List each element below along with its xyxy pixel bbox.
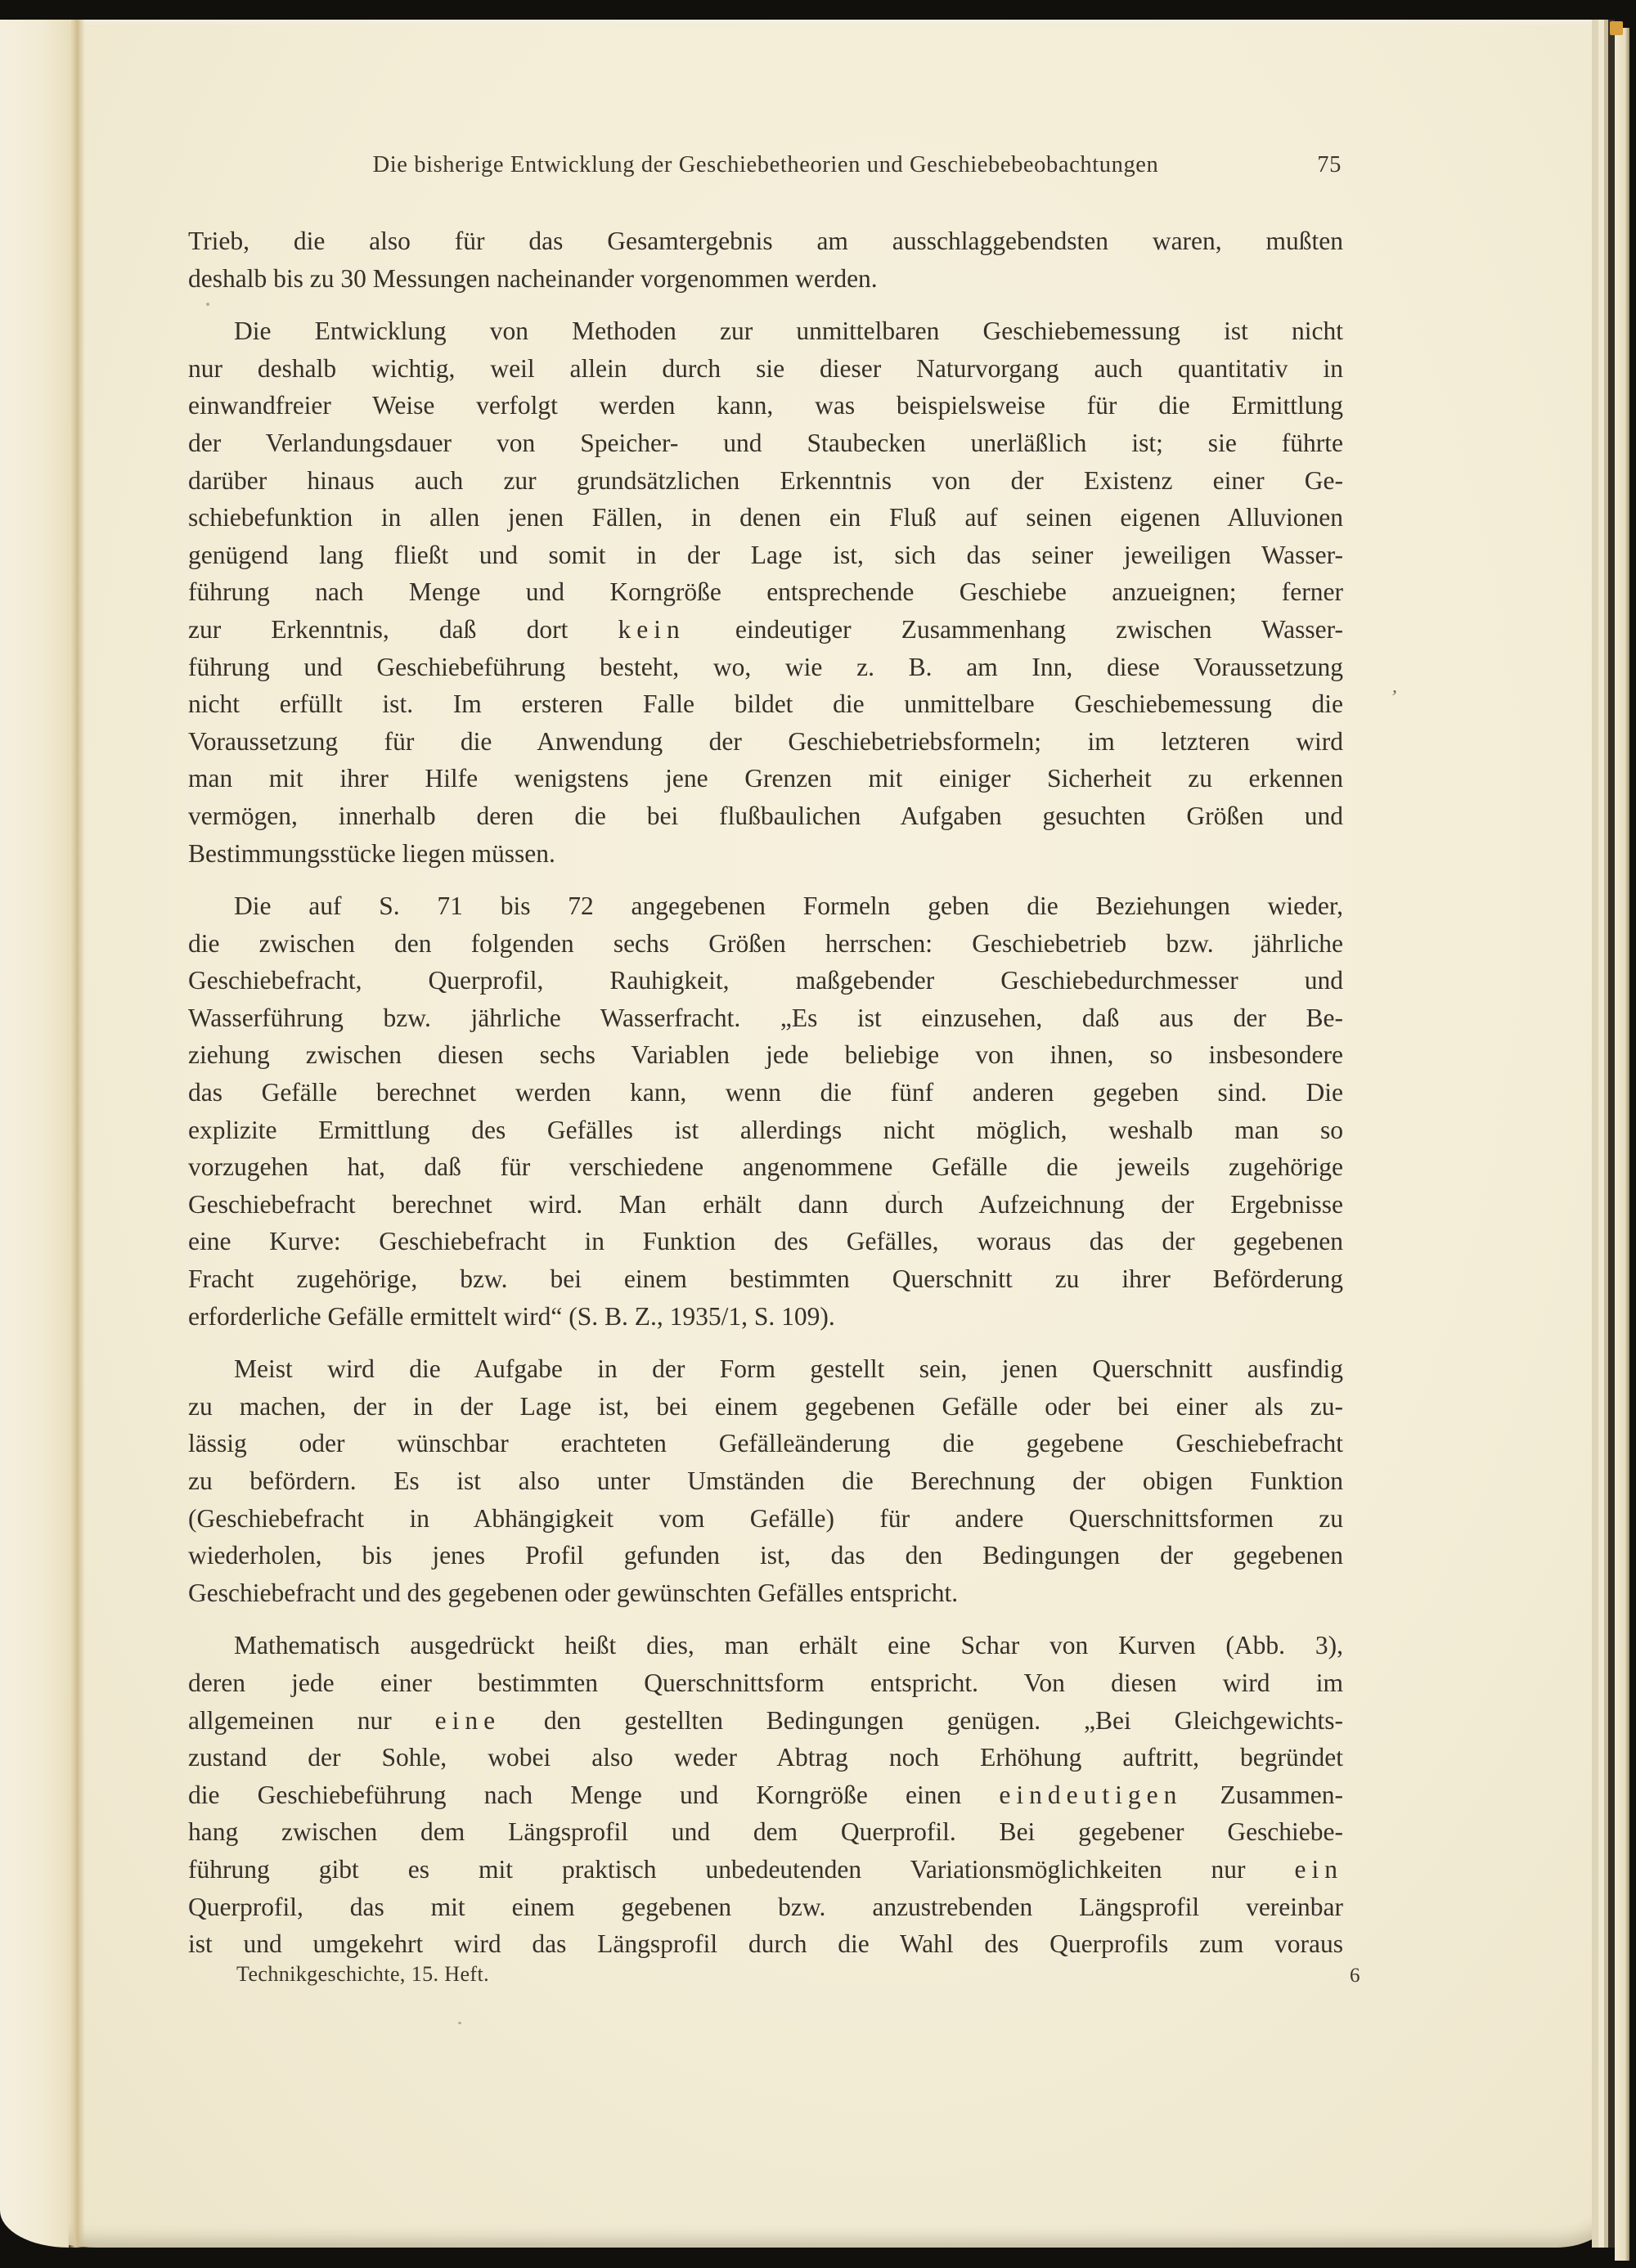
text-line: zu befördern. Es ist also unter Umstände… — [188, 1462, 1343, 1500]
text-line: genügend lang fließt und somit in der La… — [188, 537, 1343, 574]
text-line: deshalb bis zu 30 Messungen nacheinander… — [188, 260, 1343, 298]
paragraph: Meist wird die Aufgabe in der Form geste… — [188, 1350, 1343, 1611]
text-line: explizite Ermittlung des Gefälles ist al… — [188, 1112, 1343, 1149]
text-line: allgemeinen nur eine den gestellten Bedi… — [188, 1702, 1343, 1740]
text-line: die Geschiebeführung nach Menge und Korn… — [188, 1776, 1343, 1814]
paragraph: Die auf S. 71 bis 72 angegebenen Formeln… — [188, 887, 1343, 1335]
text-line: darüber hinaus auch zur grundsätzlichen … — [188, 462, 1343, 500]
text-line: erforderliche Gefälle ermittelt wird“ (S… — [188, 1298, 1343, 1336]
footer-imprint: Technikgeschichte, 15. Heft. — [236, 1962, 489, 1987]
paragraph: Trieb, die also für das Gesamtergebnis a… — [188, 222, 1343, 297]
paper-speck — [897, 1191, 900, 1193]
text-line: Geschiebefracht berechnet wird. Man erhä… — [188, 1186, 1343, 1224]
body-text: Trieb, die also für das Gesamtergebnis a… — [188, 222, 1343, 1963]
text-line: Fracht zugehörige, bzw. bei einem bestim… — [188, 1260, 1343, 1298]
text-line: vermögen, innerhalb deren die bei flußba… — [188, 797, 1343, 835]
text-line: schiebefunktion in allen jenen Fällen, i… — [188, 499, 1343, 537]
page-stack-edge — [1598, 20, 1604, 2248]
text-line: nicht erfüllt ist. Im ersteren Falle bil… — [188, 685, 1343, 723]
text-line: führung und Geschiebeführung besteht, wo… — [188, 649, 1343, 686]
text-line: Wasserführung bzw. jährliche Wasserfrach… — [188, 999, 1343, 1037]
text-line: Bestimmungsstücke liegen müssen. — [188, 835, 1343, 873]
text-line: wiederholen, bis jenes Profil gefunden i… — [188, 1537, 1343, 1574]
page-stack-edge — [1592, 20, 1598, 2248]
text-line: ist und umgekehrt wird das Längsprofil d… — [188, 1925, 1343, 1963]
text-line: Die Entwicklung von Methoden zur unmitte… — [188, 312, 1343, 350]
paragraph: Mathematisch ausgedrückt heißt dies, man… — [188, 1627, 1343, 1962]
binding-fleck — [1610, 21, 1623, 35]
text-line: Mathematisch ausgedrückt heißt dies, man… — [188, 1627, 1343, 1664]
text-line: einwandfreier Weise verfolgt werden kann… — [188, 387, 1343, 424]
text-line: man mit ihrer Hilfe wenigstens jene Gren… — [188, 760, 1343, 797]
fore-edge — [1615, 28, 1629, 2261]
text-line: führung nach Menge und Korngröße entspre… — [188, 573, 1343, 611]
text-line: zu machen, der in der Lage ist, bei eine… — [188, 1388, 1343, 1426]
sheet-signature: 6 — [1350, 1965, 1360, 1987]
text-line: Trieb, die also für das Gesamtergebnis a… — [188, 222, 1343, 260]
text-line: der Verlandungsdauer von Speicher- und S… — [188, 424, 1343, 462]
text-line: Geschiebefracht, Querprofil, Rauhigkeit,… — [188, 962, 1343, 999]
facing-page-edge — [0, 20, 69, 2248]
page-number: 75 — [1317, 152, 1342, 178]
text-line: lässig oder wünschbar erachteten Gefälle… — [188, 1425, 1343, 1462]
text-line: Meist wird die Aufgabe in der Form geste… — [188, 1350, 1343, 1388]
running-head: Die bisherige Entwicklung der Geschiebet… — [188, 152, 1343, 182]
scanned-book-page: { "colors": { "background": "#11100c", "… — [0, 0, 1636, 2268]
text-line: deren jede einer bestimmten Querschnitts… — [188, 1664, 1343, 1702]
running-head-title: Die bisherige Entwicklung der Geschiebet… — [188, 152, 1343, 178]
text-line: Voraussetzung für die Anwendung der Gesc… — [188, 723, 1343, 761]
text-line: Querprofil, das mit einem gegebenen bzw.… — [188, 1889, 1343, 1926]
page-stack-shadow — [1608, 20, 1615, 2248]
gutter-crease — [67, 20, 85, 2248]
text-line: die zwischen den folgenden sechs Größen … — [188, 925, 1343, 963]
text-line: führung gibt es mit praktisch unbedeuten… — [188, 1851, 1343, 1889]
text-line: eine Kurve: Geschiebefracht in Funktion … — [188, 1223, 1343, 1260]
text-line: vorzugehen hat, daß für verschiedene ang… — [188, 1148, 1343, 1186]
paragraph: Die Entwicklung von Methoden zur unmitte… — [188, 312, 1343, 872]
paper-speck — [206, 303, 209, 306]
text-line: hang zwischen dem Längsprofil und dem Qu… — [188, 1813, 1343, 1851]
paper-speck — [458, 2022, 461, 2024]
text-line: das Gefälle berechnet werden kann, wenn … — [188, 1074, 1343, 1112]
text-line: zustand der Sohle, wobei also weder Abtr… — [188, 1739, 1343, 1776]
text-line: zur Erkenntnis, daß dort kein eindeutige… — [188, 611, 1343, 649]
text-line: Geschiebefracht und des gegebenen oder g… — [188, 1574, 1343, 1612]
text-line: Die auf S. 71 bis 72 angegebenen Formeln… — [188, 887, 1343, 925]
text-line: (Geschiebefracht in Abhängigkeit vom Gef… — [188, 1500, 1343, 1538]
text-line: ziehung zwischen diesen sechs Variablen … — [188, 1036, 1343, 1074]
text-line: nur deshalb wichtig, weil allein durch s… — [188, 350, 1343, 388]
